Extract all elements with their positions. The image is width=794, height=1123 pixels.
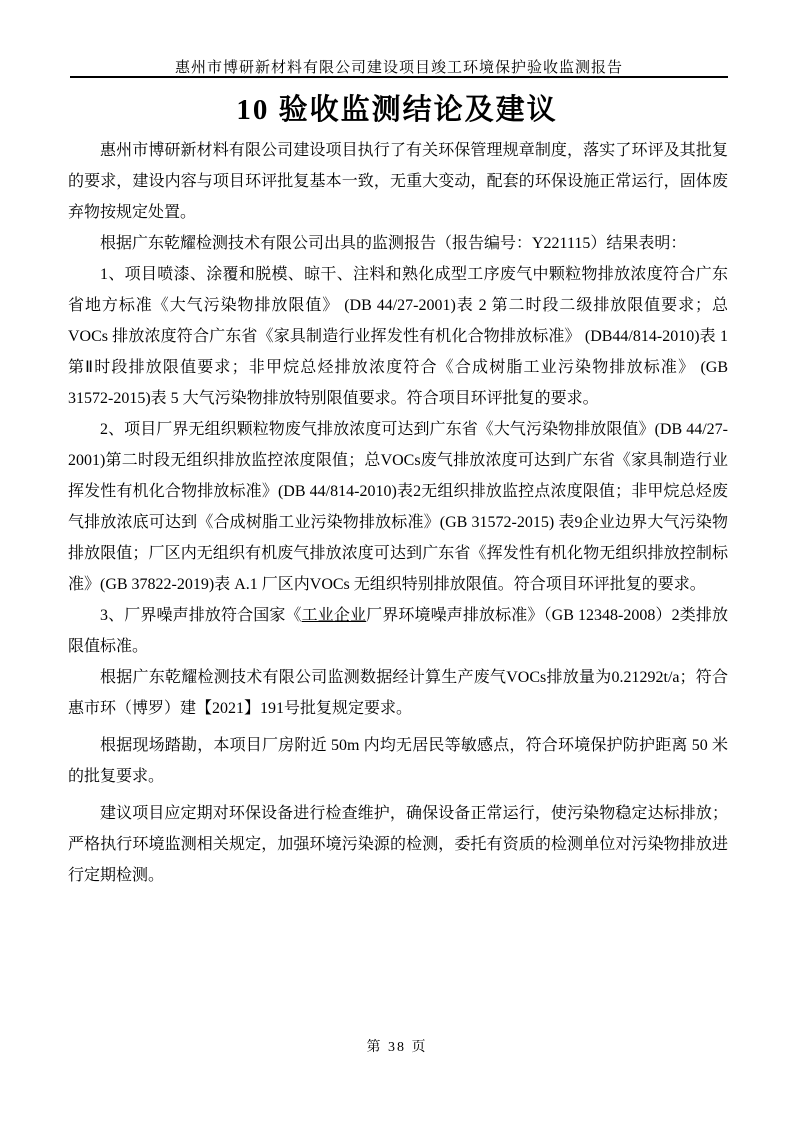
text-segment: 根据现场踏勘，本项目厂房附近 50m 内均无居民等敏感点，符合环境保护防护距离 … [68,737,728,785]
underlined-text: 工业企业 [302,607,367,624]
paragraph-item-3: 3、厂界噪声排放符合国家《工业企业厂界环境噪声排放标准》（GB 12348-20… [68,600,728,662]
text-segment: 惠州市博研新材料有限公司建设项目执行了有关环保管理规章制度，落实了环评及其批复的… [68,142,728,221]
document-body: 惠州市博研新材料有限公司建设项目执行了有关环保管理规章制度，落实了环评及其批复的… [68,135,728,891]
paragraph-vocs-emission: 根据广东乾耀检测技术有限公司监测数据经计算生产废气VOCs排放量为0.21292… [68,662,728,724]
paragraph-suggestion: 建议项目应定期对环保设备进行检查维护，确保设备正常运行，使污染物稳定达标排放；严… [68,798,728,891]
running-header: 惠州市博研新材料有限公司建设项目竣工环境保护验收监测报告 [70,56,728,77]
page-number: 第 38 页 [0,1036,794,1056]
text-segment: 1、项目喷漆、涂覆和脱模、晾干、注料和熟化成型工序废气中颗粒物排放浓度符合广东省… [68,266,728,407]
paragraph-site-survey: 根据现场踏勘，本项目厂房附近 50m 内均无居民等敏感点，符合环境保护防护距离 … [68,730,728,792]
text-segment: 根据广东乾耀检测技术有限公司出具的监测报告（报告编号：Y221115）结果表明： [100,235,686,252]
paragraph-report-intro: 根据广东乾耀检测技术有限公司出具的监测报告（报告编号：Y221115）结果表明： [68,228,728,259]
text-segment: 根据广东乾耀检测技术有限公司监测数据经计算生产废气VOCs排放量为0.21292… [68,669,728,717]
text-segment: 2、项目厂界无组织颗粒物废气排放浓度可达到广东省《大气污染物排放限值》(DB 4… [68,421,728,593]
paragraph-overall-conclusion: 惠州市博研新材料有限公司建设项目执行了有关环保管理规章制度，落实了环评及其批复的… [68,135,728,228]
text-segment: 建议项目应定期对环保设备进行检查维护，确保设备正常运行，使污染物稳定达标排放；严… [68,805,728,884]
section-title: 10 验收监测结论及建议 [0,87,794,128]
header-rule [70,76,728,78]
text-segment: 3、厂界噪声排放符合国家《 [100,607,302,624]
paragraph-item-2: 2、项目厂界无组织颗粒物废气排放浓度可达到广东省《大气污染物排放限值》(DB 4… [68,414,728,600]
paragraph-item-1: 1、项目喷漆、涂覆和脱模、晾干、注料和熟化成型工序废气中颗粒物排放浓度符合广东省… [68,259,728,414]
document-page: 惠州市博研新材料有限公司建设项目竣工环境保护验收监测报告 10 验收监测结论及建… [0,0,794,1123]
